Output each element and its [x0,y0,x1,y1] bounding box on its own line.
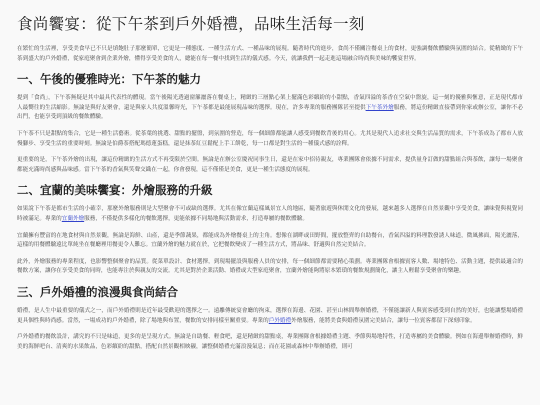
paragraph: 婚禮，是人生中最重要的儀式之一，而戶外婚禮則是近年最受歡迎的選擇之一。遠離傳統宴… [17,307,523,326]
outdoor-wedding-link[interactable]: 戶外婚禮 [269,318,291,324]
paragraph-text: 外燴服務，能將美食與婚禮氛圍完美結合，讓每一位賓客都留下深刻印象。 [291,318,476,324]
section-heading: 一、午後的優雅時光：下午茶的魅力 [17,71,523,88]
yilan-catering-link[interactable]: 宜蘭外燴 [62,216,84,222]
article: 食尚饗宴：從下午茶到戶外婚禮，品味生活每一刻 在繁忙的生活裡，享受美食早已不只是… [0,0,540,352]
section-outdoor-wedding: 三、戶外婚禮的浪漫與食尚結合 婚禮，是人生中最重要的儀式之一，而戶外婚禮則是近年… [17,284,523,352]
paragraph: 更重要的是，下午茶外燴的出現，讓這份精緻的生活方式不再受限於空間。無論是在辦公室… [17,156,523,175]
paragraph: 下午茶不只是甜點的集合，它是一種生活藝術。從茶葉的挑選、甜點的擺盤，到氛圍的營造… [17,130,523,149]
section-heading: 二、宜蘭的美味饗宴：外燴服務的升級 [17,182,523,199]
section-yilan-catering: 二、宜蘭的美味饗宴：外燴服務的升級 如果說下午茶是都市生活的小確幸，那麼外燴服務… [17,182,523,277]
paragraph-text: 服務，不僅提供多樣化的餐飲選擇，更能依據不同場地與活動需求，打造專屬的餐飲體驗。 [84,216,308,222]
paragraph: 此外，外燴服務的專業程度，也影響整個聚會的品質。從菜單設計、食材選擇，到現場擺設… [17,258,523,277]
intro-paragraph: 在繁忙的生活裡，享受美食早已不只是填飽肚子那麼簡單，它更是一種態度、一種生活方式… [17,45,523,64]
paragraph: 戶外婚禮的餐飲設計，講究的不只是味道，更多的是呈現方式。無論是自助餐、輕食吧，還… [17,333,523,352]
paragraph: 提到「食尚」，下午茶無疑是其中最具代表性的體現。當午後陽光透過窗簾灑落在餐桌上，… [17,94,523,123]
paragraph: 如果說下午茶是都市生活的小確幸，那麼外燴服務則是大型聚會不可或缺的選擇。尤其在像… [17,205,523,224]
section-afternoon-tea: 一、午後的優雅時光：下午茶的魅力 提到「食尚」，下午茶無疑是其中最具代表性的體現… [17,71,523,175]
page-title: 食尚饗宴：從下午茶到戶外婚禮，品味生活每一刻 [17,13,523,35]
section-heading: 三、戶外婚禮的浪漫與食尚結合 [17,284,523,301]
afternoon-tea-catering-link[interactable]: 下午茶外燴 [366,105,394,111]
paragraph: 宜蘭擁有豐富的在地食材與自然景觀，無論是海鮮、山產，還是季節蔬果，都能成為外燴餐… [17,232,523,251]
